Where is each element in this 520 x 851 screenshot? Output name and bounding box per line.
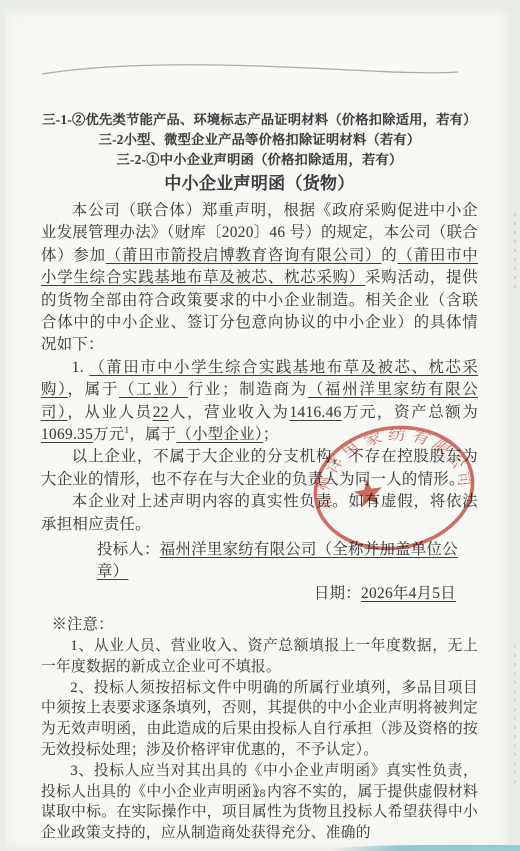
binding-red-bleed-marks-upper [514,213,516,293]
text-run: ； [263,426,279,443]
note-item-2: 2、投标人须按招标文件中明确的所属行业填列，多品目项目中须按上表要求逐条填列，否… [41,678,478,761]
text-run: 的 [381,247,397,264]
body-para-declaration: 本公司（联合体）郑重声明，根据《政府采购促进中小企业发展管理办法》（财库〔202… [41,200,478,357]
signature-date-line: 日期：2026年4月5日 [41,583,478,605]
filled-in-value: 1069.35 [41,426,93,443]
bidder-label: 投标人： [97,541,160,558]
star-icon [352,477,384,508]
filled-in-value: （小型企业） [176,426,262,443]
text-run: ，属于 [129,426,176,443]
text-run: ，属于 [68,381,119,398]
seal-company-text: 福州洋里家纺有限公司 [305,416,476,513]
text-run: 1. [72,359,90,376]
note-item-3: 3、投标人应当对其出具的《中小企业声明函》真实性负责，投标人出具的《中小企业声明… [41,761,478,844]
notes-label: ※注意： [41,614,478,636]
scan-bottom-edge-artifact [330,845,520,851]
date-value: 2026年4月5日 [361,585,456,602]
scanned-document-page: { "page": { "number": "18" }, "colors": … [0,0,520,851]
page-number: 18 [41,788,478,800]
text-run: 行业；制造商为 [188,381,308,398]
text-run: 人，营业收入为 [169,404,290,421]
heading-line-1: 三-1-②优先类节能产品、环境标志产品证明材料（价格扣除适用，若有） [41,110,478,130]
notes-list: 1、从业人员、营业收入、资产总额填报上一年度数据，无上一年度数据的新成立企业可不… [41,636,478,844]
text-run: ，从业人员 [67,404,152,421]
heading-line-2: 三-2小型、微型企业产品等价格扣除证明材料（若有） [41,130,478,150]
text-run: 万元 [93,426,124,443]
svg-text:福州洋里家纺有限公司: 福州洋里家纺有限公司 [305,416,476,513]
filled-in-value: 22 [153,404,169,421]
filled-in-value: （工业） [119,381,188,398]
company-seal-stamp: 福州洋里家纺有限公司 [298,407,489,568]
heading-line-3: 三-2-①中小企业声明函（价格扣除适用，若有） [41,150,478,170]
document-title: 中小企业声明函（货物） [41,172,478,196]
binding-red-bleed-marks-lower [514,645,516,790]
note-item-1: 1、从业人员、营业收入、资产总额填报上一年度数据，无上一年度数据的新成立企业可不… [41,636,478,678]
date-label: 日期： [314,585,361,602]
filled-in-value: （莆田市箭投启博教育咨询有限公司） [106,247,381,264]
filled-in-value: 1416.46 [289,404,341,421]
